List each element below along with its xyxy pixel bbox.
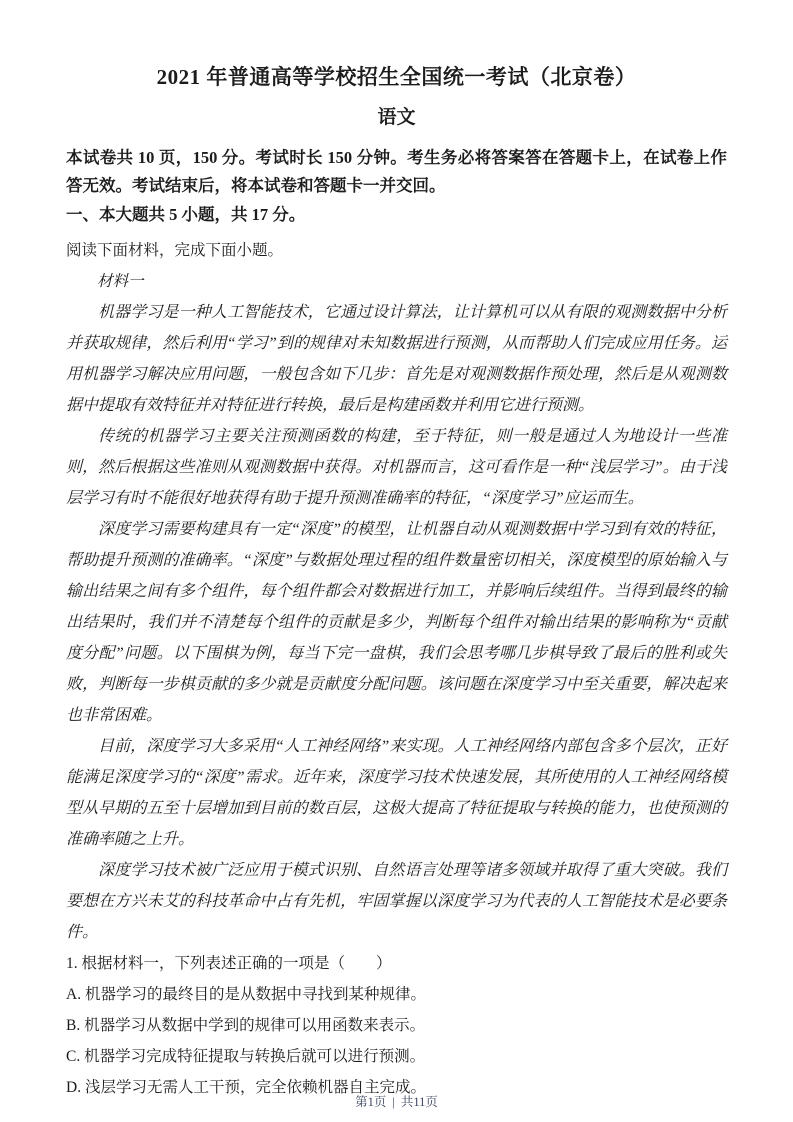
material-paragraph-2: 传统的机器学习主要关注预测函数的构建，至于特征，则一般是通过人为地设计一些准则，… (66, 421, 727, 514)
exam-instructions: 本试卷共 10 页，150 分。考试时长 150 分钟。考生务必将答案答在答题卡… (66, 144, 727, 200)
footer-separator: | (392, 1094, 395, 1110)
question-1: 1. 根据材料一，下列表述正确的一项是（ ） (66, 948, 727, 979)
subject-title: 语文 (66, 104, 727, 132)
material-paragraph-1: 机器学习是一种人工智能技术，它通过设计算法，让计算机可以从有限的观测数据中分析并… (66, 297, 727, 421)
question-1-option-a: A. 机器学习的最终目的是从数据中寻找到某种规律。 (66, 979, 727, 1010)
section-one-heading: 一、本大题共 5 小题，共 17 分。 (66, 200, 727, 229)
total-pages-label: 共11页 (401, 1095, 438, 1109)
question-1-option-c: C. 机器学习完成特征提取与转换后就可以进行预测。 (66, 1041, 727, 1072)
material-paragraph-5: 深度学习技术被广泛应用于模式识别、自然语言处理等诸多领域并取得了重大突破。我们要… (66, 855, 727, 948)
question-1-option-b: B. 机器学习从数据中学到的规律可以用函数来表示。 (66, 1010, 727, 1041)
material-paragraph-4: 目前，深度学习大多采用“人工神经网络”来实现。人工神经网络内部包含多个层次，正好… (66, 731, 727, 855)
reading-intro: 阅读下面材料，完成下面小题。 (66, 235, 727, 266)
material-paragraph-3: 深度学习需要构建具有一定“深度”的模型，让机器自动从观测数据中学习到有效的特征，… (66, 514, 727, 731)
page-footer: 第1页|共11页 (0, 1094, 793, 1110)
exam-title: 2021 年普通高等学校招生全国统一考试（北京卷） (66, 62, 727, 92)
current-page-label: 第1页 (355, 1095, 386, 1109)
exam-document-page: 2021 年普通高等学校招生全国统一考试（北京卷） 语文 本试卷共 10 页，1… (0, 0, 793, 1122)
material-one-label: 材料一 (66, 266, 727, 297)
